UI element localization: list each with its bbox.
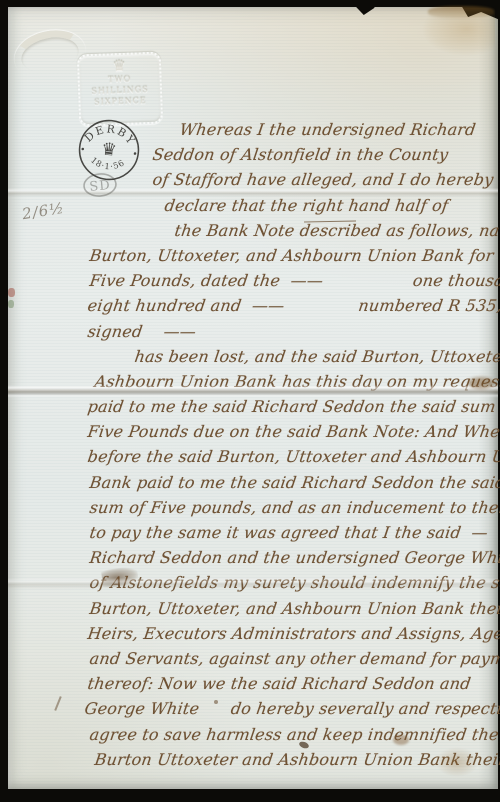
manuscript-line: Burton, Uttoxeter, and Ashbourn Union Ba… — [80, 243, 500, 268]
manuscript-text: Whereas I the undersigned Richard Seddon… — [80, 117, 500, 772]
manuscript-line: eight hundred and —— numbered R 535, and — [80, 293, 500, 318]
manuscript-line: Five Pounds due on the said Bank Note: A… — [80, 419, 500, 444]
manuscript-line: Five Pounds, dated the —— one thousand — [80, 268, 500, 293]
manuscript-line: Richard Seddon and the undersigned Georg… — [80, 545, 500, 570]
manuscript-line: Bank paid to me the said Richard Seddon … — [80, 470, 500, 495]
manuscript-line: to pay the same it was agreed that I the… — [80, 520, 500, 545]
manuscript-line: Ashbourn Union Bank has this day on my r… — [80, 369, 500, 394]
manuscript-line: Heirs, Executors Administrators and Assi… — [80, 621, 500, 646]
manuscript-line: signed —— — [80, 319, 500, 344]
manuscript-line: agree to save harmless and keep indemnif… — [80, 722, 500, 747]
scanned-document: ♛ TWO SHILLINGS SIXPENCE Whereas I the u… — [0, 0, 500, 802]
manuscript-line: declare that the right hand half of — [80, 193, 500, 218]
sd-oval-mark: SD — [80, 169, 120, 200]
manuscript-line: before the said Burton, Uttoxeter and As… — [80, 444, 500, 469]
manuscript-line: and Servants, against any other demand f… — [80, 646, 500, 671]
manuscript-line: the Bank Note described as follows, name… — [80, 218, 500, 243]
manuscript-line: sum of Five pounds, and as an inducement… — [80, 495, 500, 520]
manuscript-line: Seddon of Alstonfield in the County — [80, 142, 500, 167]
manuscript-line: paid to me the said Richard Seddon the s… — [80, 394, 500, 419]
manuscript-line: George White do hereby severally and res… — [80, 696, 500, 721]
manuscript-line: Burton, Uttoxeter, and Ashbourn Union Ba… — [80, 596, 500, 621]
sd-mark-label: SD — [89, 178, 112, 195]
crown-icon: ♛ — [100, 139, 117, 160]
manuscript-line: has been lost, and the said Burton, Utto… — [80, 344, 500, 369]
manuscript-line: of Stafford have alleged, and I do hereb… — [80, 167, 500, 192]
manuscript-line: thereof: Now we the said Richard Seddon … — [80, 671, 500, 696]
manuscript-line: of Alstonefields my surety should indemn… — [80, 570, 500, 595]
manuscript-line: Burton Uttoxeter and Ashbourn Union Bank… — [80, 747, 500, 772]
